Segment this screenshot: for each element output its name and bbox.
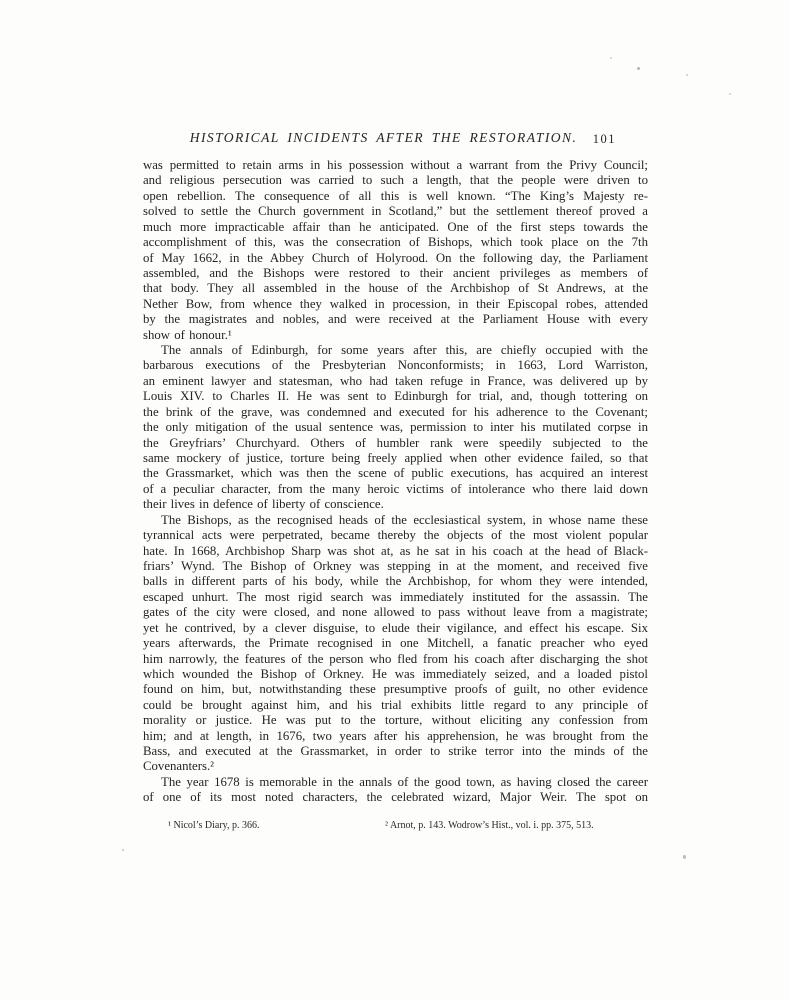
footnotes: ¹ Nicol’s Diary, p. 366. ² Arnot, p. 143… <box>143 819 648 833</box>
text-line: balls in different parts of his body, wh… <box>143 574 648 589</box>
text-line: same mockery of justice, torture being f… <box>143 451 648 466</box>
text-line: The Bishops, as the recognised heads of … <box>143 513 648 528</box>
text-line: the only mitigation of the usual sentenc… <box>143 420 648 435</box>
text-line: him narrowly, the features of the person… <box>143 652 648 667</box>
text-line: him; and at length, in 1676, two years a… <box>143 729 648 744</box>
text-line: morality or justice. He was put to the t… <box>143 713 648 728</box>
book-page: HISTORICAL INCIDENTS AFTER THE RESTORATI… <box>0 0 790 1000</box>
text-line: much more impracticable affair than he a… <box>143 220 648 235</box>
text-line: accomplishment of this, was the consecra… <box>143 235 648 250</box>
page-body: was permitted to retain arms in his poss… <box>143 158 648 806</box>
text-line: The year 1678 is memorable in the annals… <box>143 775 648 790</box>
text-line: the brink of the grave, was condemned an… <box>143 405 648 420</box>
text-line: their lives in defence of liberty of con… <box>143 497 648 512</box>
text-line: that body. They all assembled in the hou… <box>143 281 648 296</box>
text-line: open rebellion. The consequence of all t… <box>143 189 648 204</box>
text-line: escaped unhurt. The most rigid search wa… <box>143 590 648 605</box>
text-line: friars’ Wynd. The Bishop of Orkney was s… <box>143 559 648 574</box>
text-line: by the magistrates and nobles, and were … <box>143 312 648 327</box>
text-line: of one of its most noted characters, the… <box>143 790 648 805</box>
text-line: hate. In 1668, Archbishop Sharp was shot… <box>143 544 648 559</box>
page-header: HISTORICAL INCIDENTS AFTER THE RESTORATI… <box>143 128 648 148</box>
text-line: yet he contrived, by a clever disguise, … <box>143 621 648 636</box>
text-line: years afterwards, the Primate recognised… <box>143 636 648 651</box>
text-line: Louis XIV. to Charles II. He was sent to… <box>143 389 648 404</box>
running-head: HISTORICAL INCIDENTS AFTER THE RESTORATI… <box>131 128 636 148</box>
text-line: gates of the city were closed, and none … <box>143 605 648 620</box>
text-line: the Greyfriars’ Churchyard. Others of hu… <box>143 436 648 451</box>
scan-speck <box>122 849 124 851</box>
text-line: Bass, and executed at the Grassmarket, i… <box>143 744 648 759</box>
scan-speck <box>686 74 688 76</box>
text-line: and religious persecution was carried to… <box>143 173 648 188</box>
footnote-2: ² Arnot, p. 143. Wodrow’s Hist., vol. i.… <box>385 819 594 832</box>
text-line: The annals of Edinburgh, for some years … <box>143 343 648 358</box>
page-number: 101 <box>593 129 616 149</box>
text-line: barbarous executions of the Presbyterian… <box>143 358 648 373</box>
text-line: show of honour.¹ <box>143 328 648 343</box>
text-line: solved to settle the Church government i… <box>143 204 648 219</box>
text-line: was permitted to retain arms in his poss… <box>143 158 648 173</box>
text-line: of May 1662, in the Abbey Church of Holy… <box>143 251 648 266</box>
text-line: the Grassmarket, which was then the scen… <box>143 466 648 481</box>
text-line: Nether Bow, from whence they walked in p… <box>143 297 648 312</box>
text-line: could be brought against him, and his tr… <box>143 698 648 713</box>
text-line: assembled, and the Bishops were restored… <box>143 266 648 281</box>
scan-speck <box>683 855 686 859</box>
scan-speck <box>610 57 612 59</box>
text-block: HISTORICAL INCIDENTS AFTER THE RESTORATI… <box>143 128 648 833</box>
scan-speck <box>637 67 640 70</box>
text-line: an eminent lawyer and statesman, who had… <box>143 374 648 389</box>
scan-speck <box>729 93 731 95</box>
scan-speck <box>528 243 530 245</box>
text-line: found on him, but, notwithstanding these… <box>143 682 648 697</box>
scan-speck <box>540 196 542 198</box>
text-line: Covenanters.² <box>143 759 648 774</box>
text-line: tyrannical acts were perpetrated, became… <box>143 528 648 543</box>
footnote-1: ¹ Nicol’s Diary, p. 366. <box>168 820 260 831</box>
text-line: which wounded the Bishop of Orkney. He w… <box>143 667 648 682</box>
text-line: of a peculiar character, from the many h… <box>143 482 648 497</box>
